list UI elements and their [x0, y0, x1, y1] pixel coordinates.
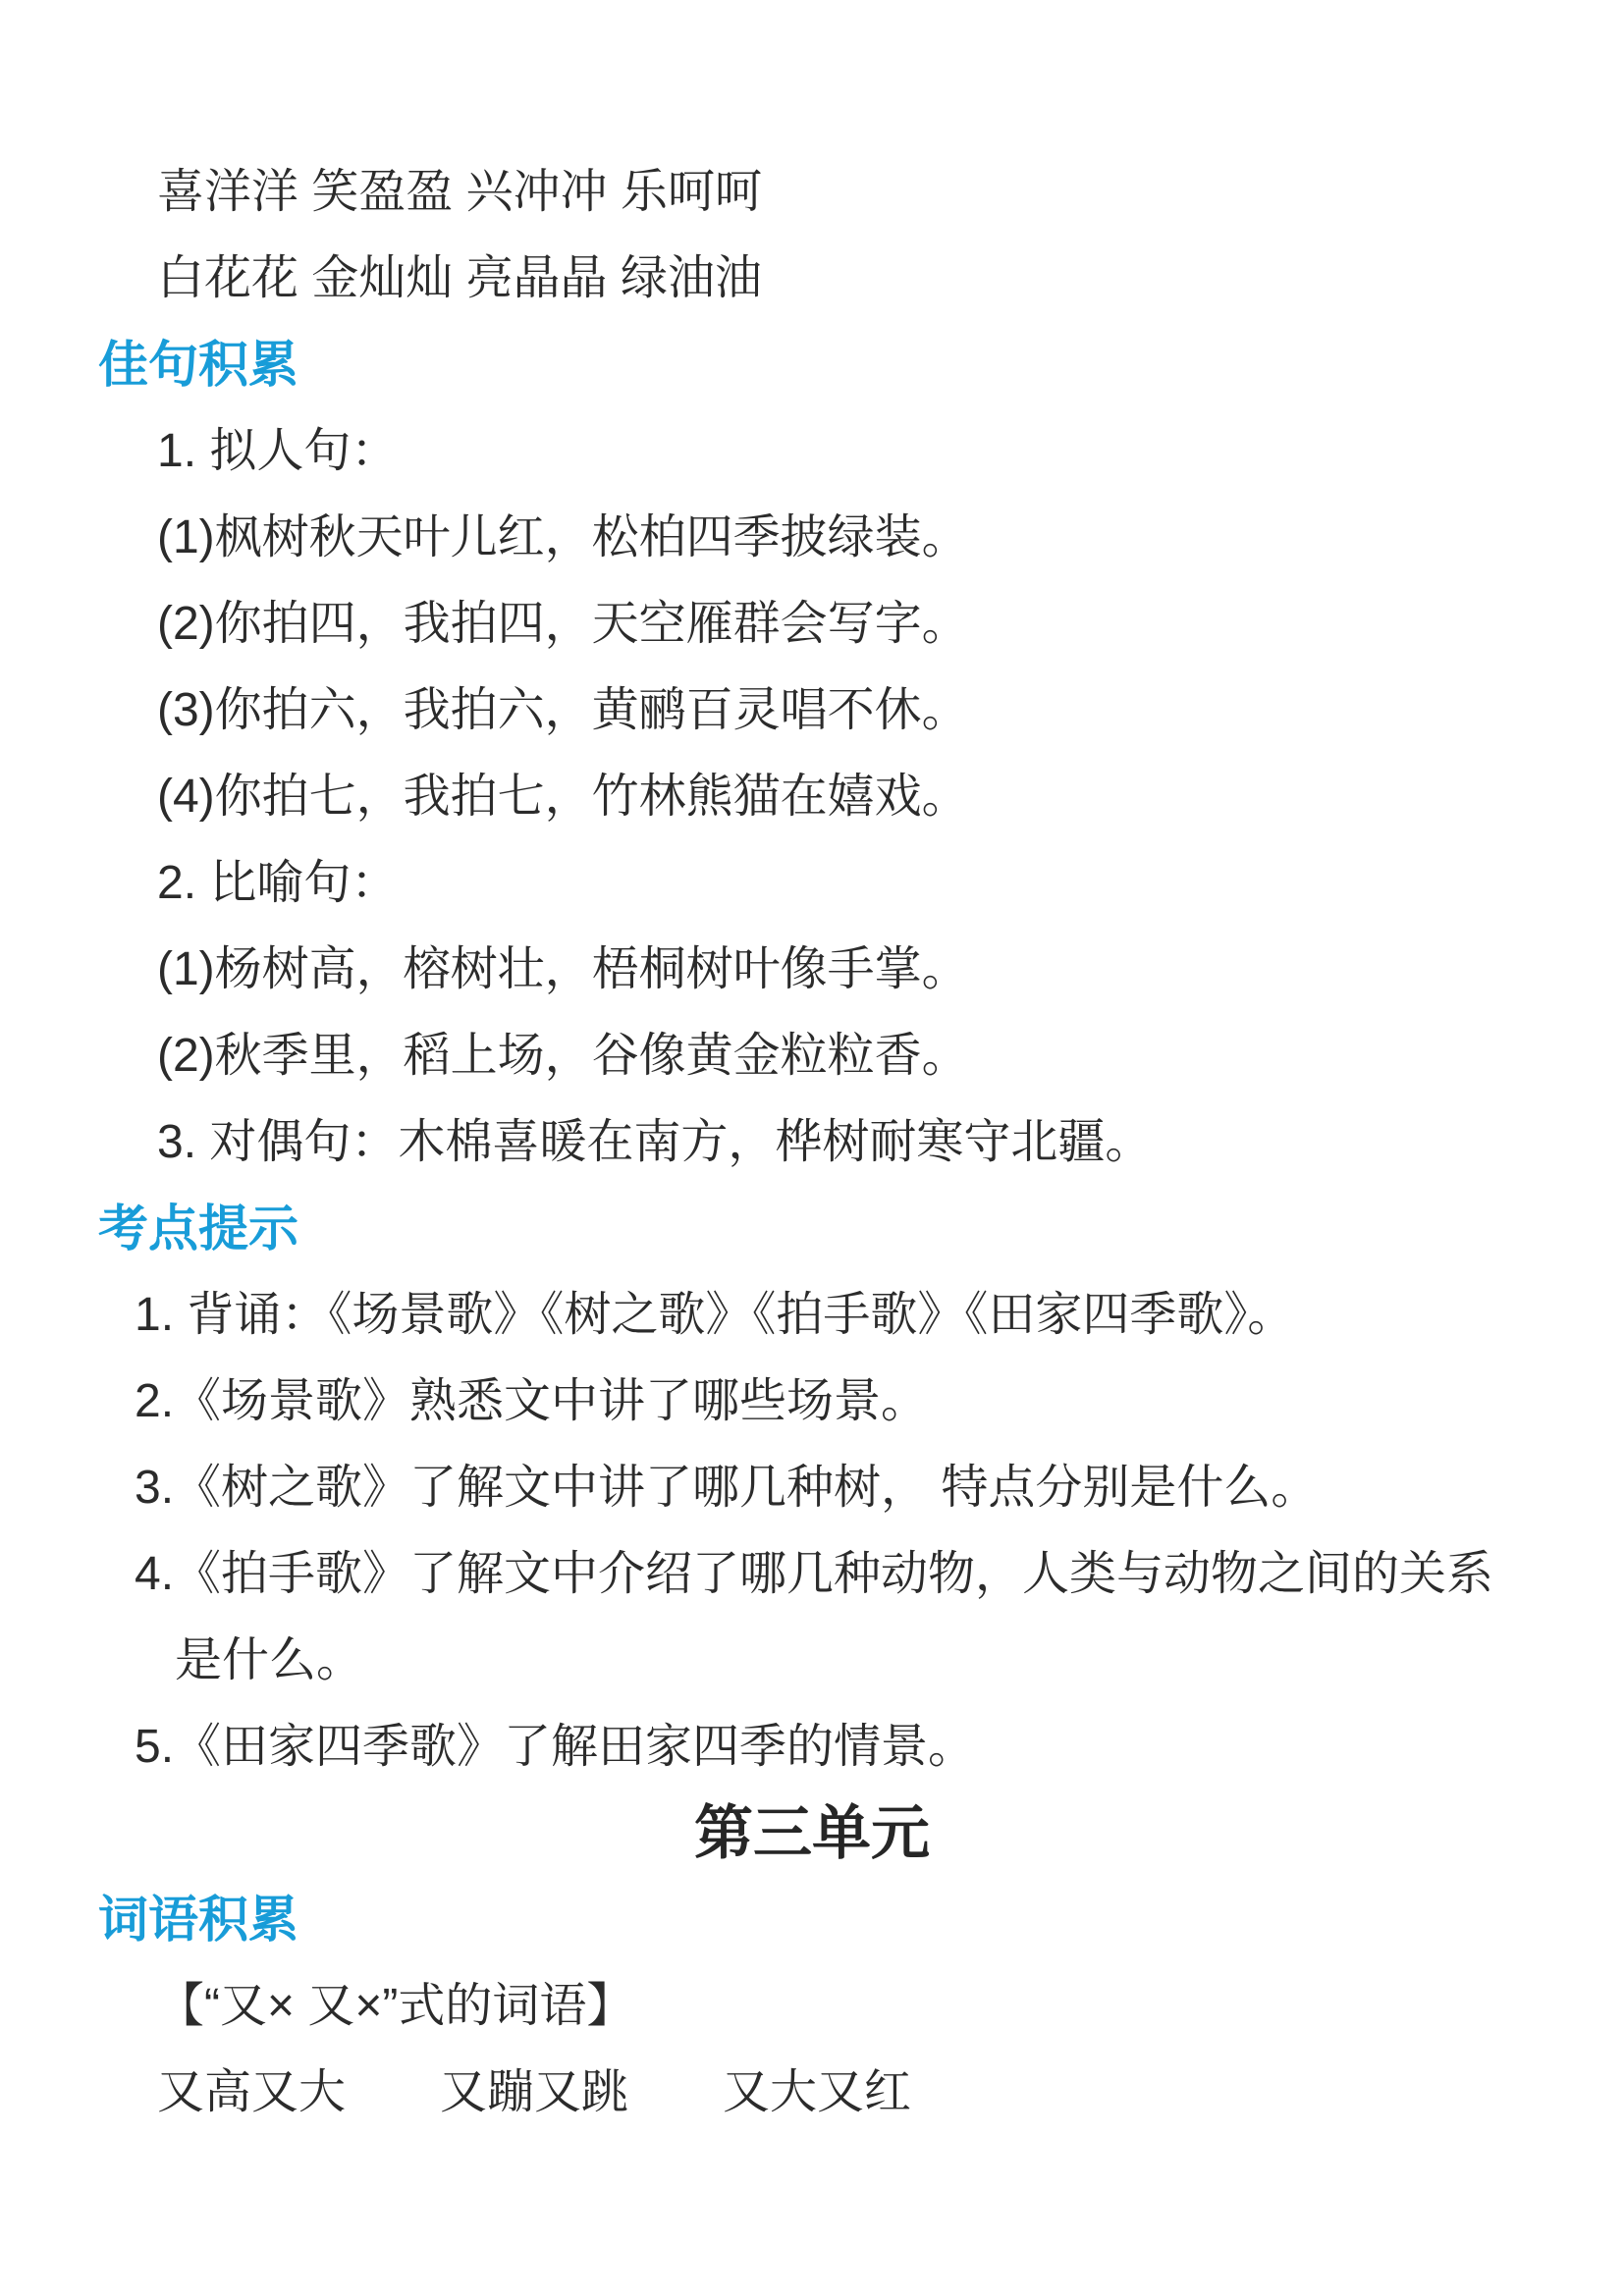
section-heading-words: 词语积累: [98, 1877, 1624, 1963]
pattern-words-line: 又高又大 又蹦又跳 又大又红: [157, 2050, 1624, 2136]
good-sentence-item: (3)你拍六，我拍六，黄鹂百灵唱不休。: [157, 667, 1624, 754]
good-sentence-item: (1)枫树秋天叶儿红，松柏四季披绿装。: [157, 495, 1624, 581]
good-sentence-item: (1)杨树高，榕树壮，梧桐树叶像手掌。: [157, 927, 1624, 1013]
good-sentence-item: (4)你拍七，我拍七，竹林熊猫在嬉戏。: [157, 754, 1624, 840]
exam-point-item: 5.《田家四季歌》了解田家四季的情景。: [135, 1704, 1470, 1790]
good-sentence-item: 1. 拟人句：: [157, 408, 1624, 495]
document-page: 喜洋洋 笑盈盈 兴冲冲 乐呵呵 白花花 金灿灿 亮晶晶 绿油油 佳句积累 1. …: [0, 0, 1624, 2296]
good-sentence-item: 2. 比喻句：: [157, 840, 1624, 927]
reduplicated-words-line-1: 喜洋洋 笑盈盈 兴冲冲 乐呵呵: [157, 149, 1624, 236]
reduplicated-words-line-2: 白花花 金灿灿 亮晶晶 绿油油: [157, 236, 1624, 322]
section-heading-good-sentences: 佳句积累: [98, 322, 1624, 408]
exam-point-item: 3.《树之歌》了解文中讲了哪几种树， 特点分别是什么。: [135, 1445, 1470, 1531]
good-sentence-item: 3. 对偶句：木棉喜暖在南方，桦树耐寒守北疆。: [157, 1099, 1624, 1186]
unit-title: 第三单元: [0, 1790, 1624, 1877]
exam-point-item: 4.《拍手歌》了解文中介绍了哪几种动物，人类与动物之间的关系是什么。: [135, 1531, 1510, 1704]
section-heading-exam-points: 考点提示: [98, 1186, 1624, 1272]
word-pattern-label: 【“又× 又×”式的词语】: [157, 1963, 1624, 2050]
exam-point-item: 2.《场景歌》熟悉文中讲了哪些场景。: [135, 1359, 1470, 1445]
exam-point-item: 1. 背诵：《场景歌》《树之歌》《拍手歌》《田家四季歌》。: [135, 1272, 1470, 1359]
good-sentence-item: (2)秋季里，稻上场，谷像黄金粒粒香。: [157, 1013, 1624, 1099]
good-sentence-item: (2)你拍四，我拍四，天空雁群会写字。: [157, 581, 1624, 667]
